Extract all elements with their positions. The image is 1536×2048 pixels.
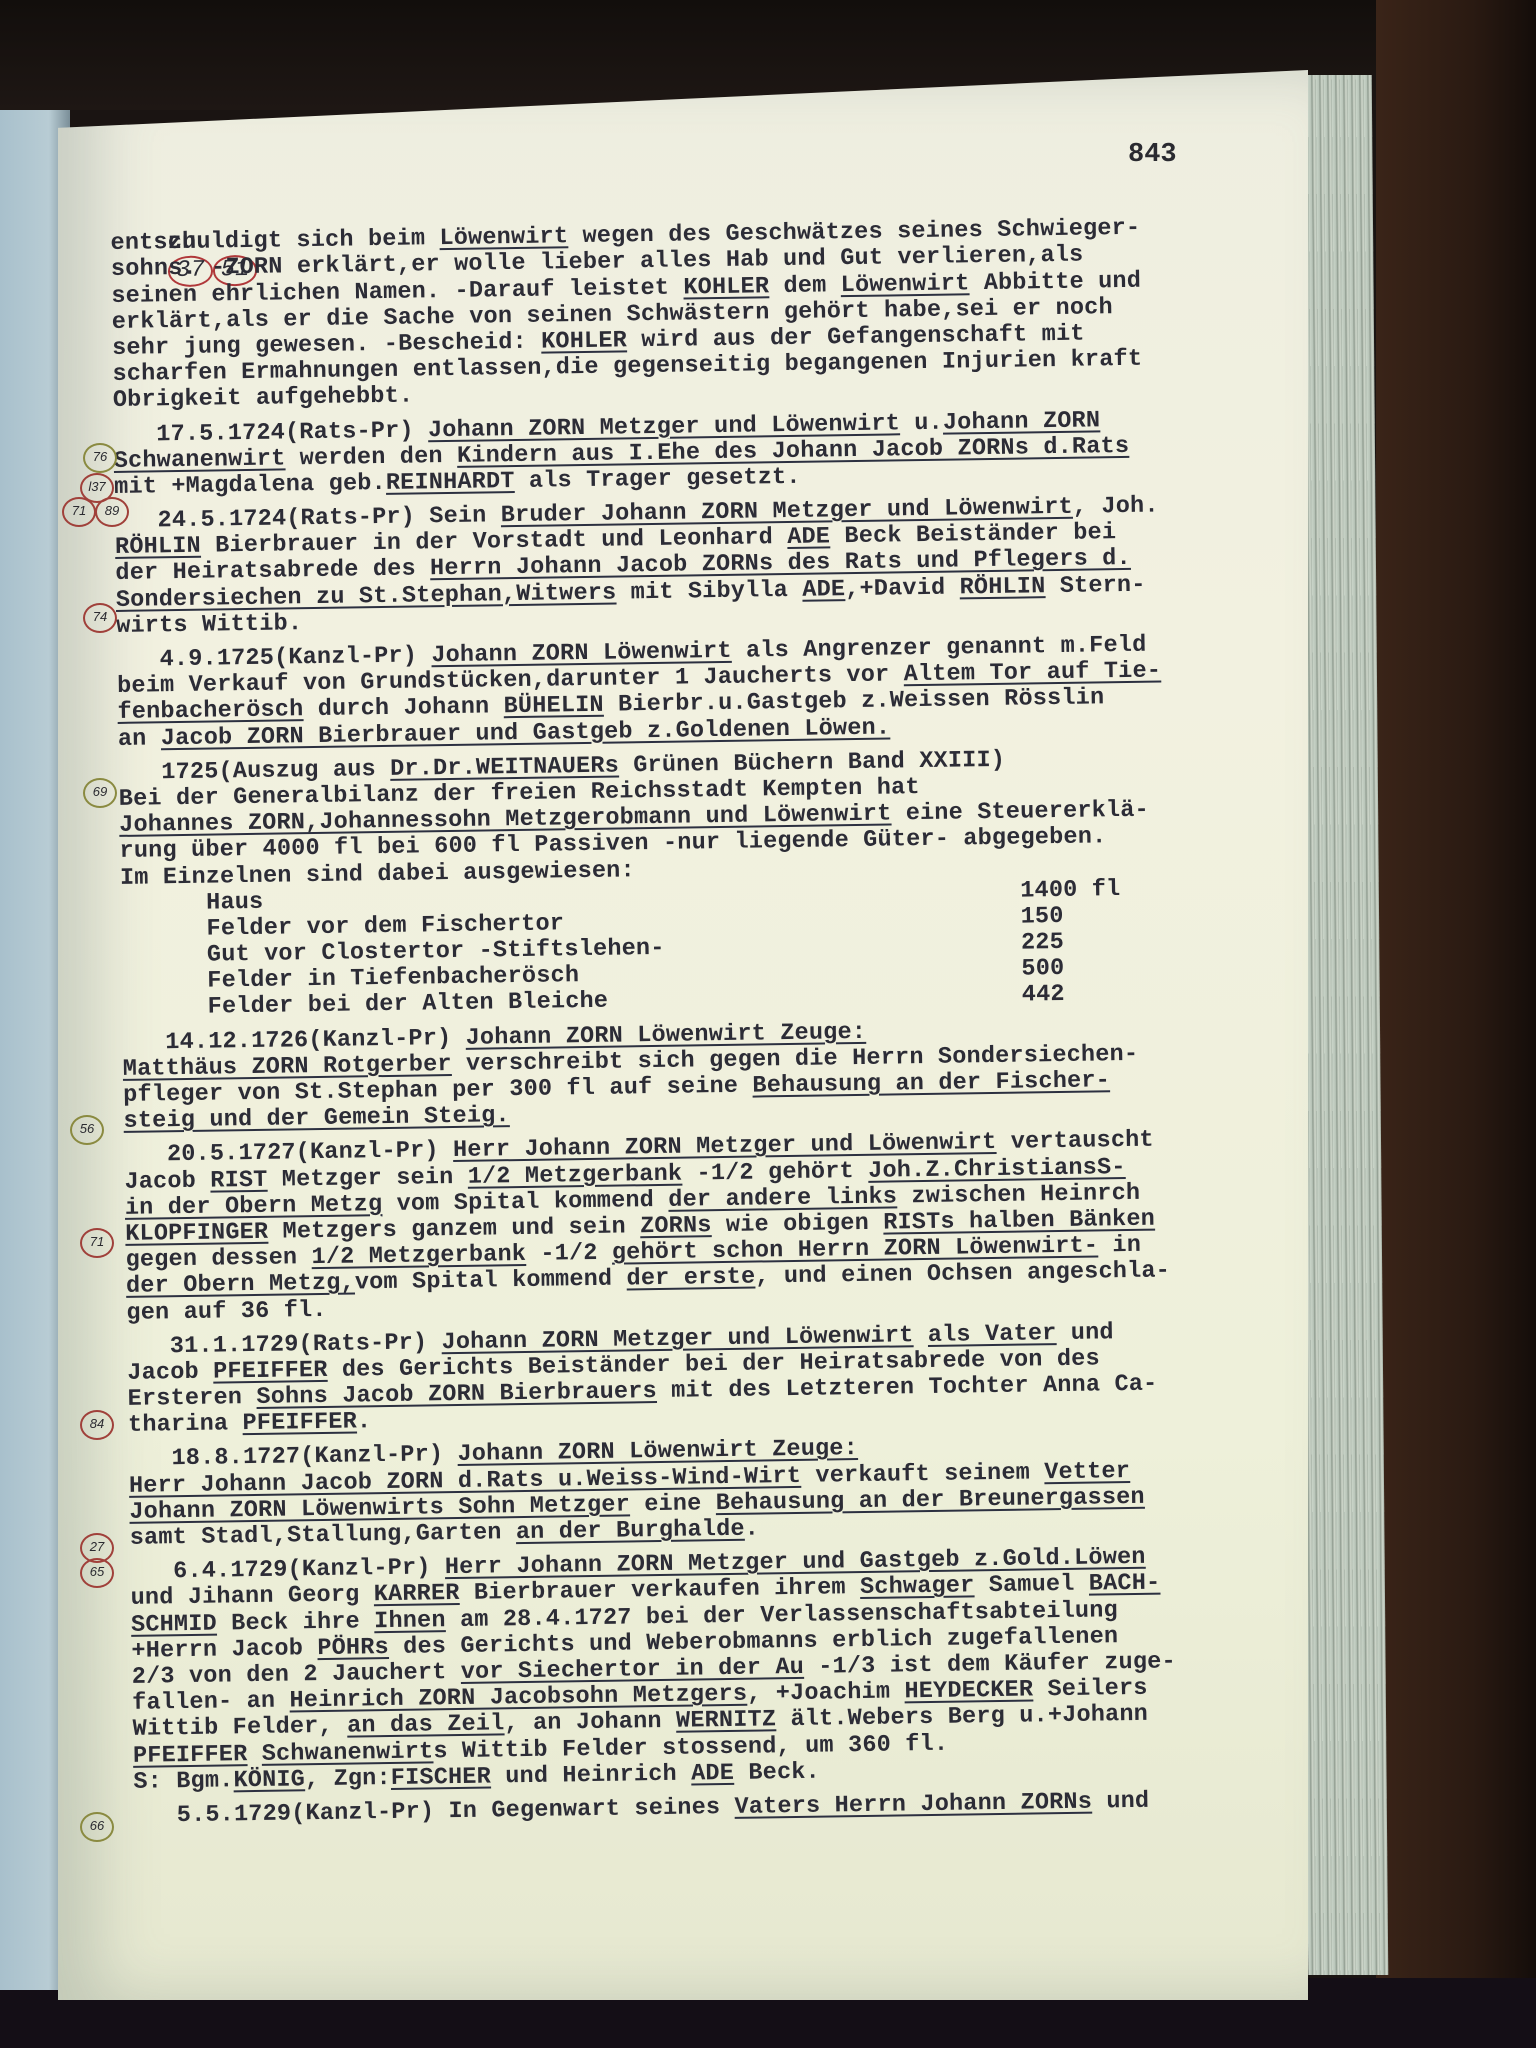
margin-note: 65 bbox=[80, 1558, 114, 1588]
ledger-item: Felder bei der Alten Bleiche bbox=[122, 988, 609, 1022]
text-lines-part2: 14.12.1726(Kanzl-Pr) Johann ZORN Löwenwi… bbox=[122, 1013, 1344, 1830]
typewritten-text: zu 3751 entschuldigt sich beim Löwenwirt… bbox=[110, 187, 1344, 1830]
margin-note: 84 bbox=[80, 1410, 114, 1440]
margin-note: 71 bbox=[80, 1228, 114, 1258]
margin-note: 71 bbox=[62, 497, 96, 527]
margin-note: 56 bbox=[70, 1115, 104, 1145]
ledger-amount: 442 bbox=[1022, 982, 1065, 1009]
margin-note: 89 bbox=[95, 497, 129, 527]
margin-note: 66 bbox=[80, 1812, 114, 1842]
table-surface bbox=[1376, 0, 1536, 2048]
ledger-amount: 150 bbox=[1020, 904, 1063, 931]
ledger-item: Haus bbox=[120, 888, 263, 917]
margin-note: 76 bbox=[83, 443, 117, 473]
ledger-amount: 225 bbox=[1021, 930, 1064, 957]
margin-note: 69 bbox=[83, 778, 117, 808]
asset-ledger: Haus1400 fl Felder vor dem Fischertor150… bbox=[120, 874, 1332, 1023]
ledger-amount: 1400 fl bbox=[1020, 877, 1121, 905]
text-lines-part1: entschuldigt sich beim Löwenwirt wegen d… bbox=[110, 213, 1330, 891]
ledger-amount: 500 bbox=[1021, 956, 1064, 983]
page-number: 843 bbox=[1128, 140, 1177, 170]
margin-note: 74 bbox=[83, 603, 117, 633]
